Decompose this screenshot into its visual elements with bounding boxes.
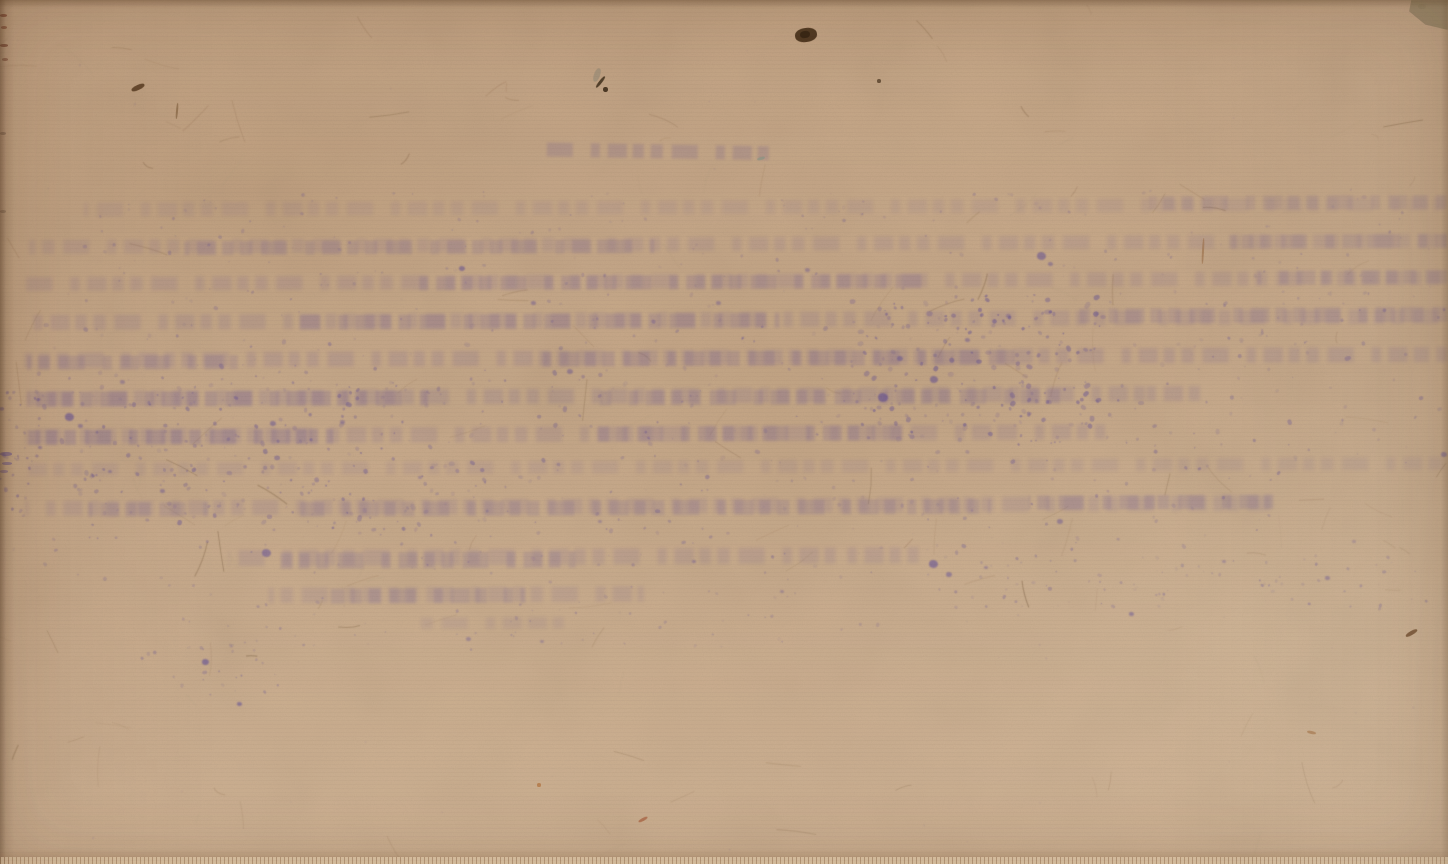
faded-text-run bbox=[600, 389, 1060, 406]
paper-sheet bbox=[0, 0, 1448, 864]
faded-text-run bbox=[300, 499, 990, 517]
faded-text-run bbox=[88, 502, 208, 517]
paper-debris bbox=[537, 783, 541, 787]
ink-blot bbox=[897, 356, 903, 361]
top-edge-shadow bbox=[0, 0, 1448, 8]
faded-text-run bbox=[419, 274, 939, 290]
faded-text-run bbox=[1028, 495, 1273, 510]
faded-text-line bbox=[25, 457, 1448, 476]
ink-blot bbox=[930, 376, 938, 383]
faded-text-run bbox=[184, 239, 654, 255]
ink-blot bbox=[567, 369, 573, 374]
right-edge-shadow bbox=[1441, 0, 1448, 864]
faded-text-run bbox=[281, 552, 576, 569]
faded-text-run bbox=[299, 313, 779, 330]
faded-text-run bbox=[598, 425, 908, 441]
bottom-edge-shadow bbox=[0, 849, 1448, 857]
ink-bleed-text-layer bbox=[0, 0, 1448, 864]
bottom-deckle-strip bbox=[0, 857, 1448, 864]
faded-text-run bbox=[1149, 195, 1447, 210]
ink-blot bbox=[1037, 252, 1046, 260]
paper-debris bbox=[603, 87, 608, 92]
faded-text-run bbox=[1257, 270, 1447, 285]
faded-text-run bbox=[1079, 307, 1447, 324]
ink-blot bbox=[878, 393, 888, 402]
ink-blot bbox=[459, 266, 465, 271]
faded-text-run bbox=[1229, 234, 1447, 249]
faded-text-run bbox=[28, 429, 333, 445]
ink-blot bbox=[946, 572, 952, 577]
faded-text-run bbox=[28, 390, 428, 407]
ink-blot bbox=[270, 421, 276, 426]
left-edge-shadow bbox=[0, 0, 14, 864]
ink-blot bbox=[202, 659, 209, 665]
faded-text-line bbox=[421, 617, 571, 630]
faded-text-run bbox=[28, 355, 238, 370]
paper-debris bbox=[877, 79, 881, 83]
ink-blot bbox=[929, 560, 938, 568]
faded-text-run bbox=[540, 350, 1030, 367]
ink-blot bbox=[262, 549, 271, 557]
ink-blot bbox=[1057, 519, 1063, 524]
ink-blot bbox=[65, 413, 74, 421]
faded-text-run bbox=[547, 142, 769, 160]
faded-text-run bbox=[331, 588, 526, 604]
